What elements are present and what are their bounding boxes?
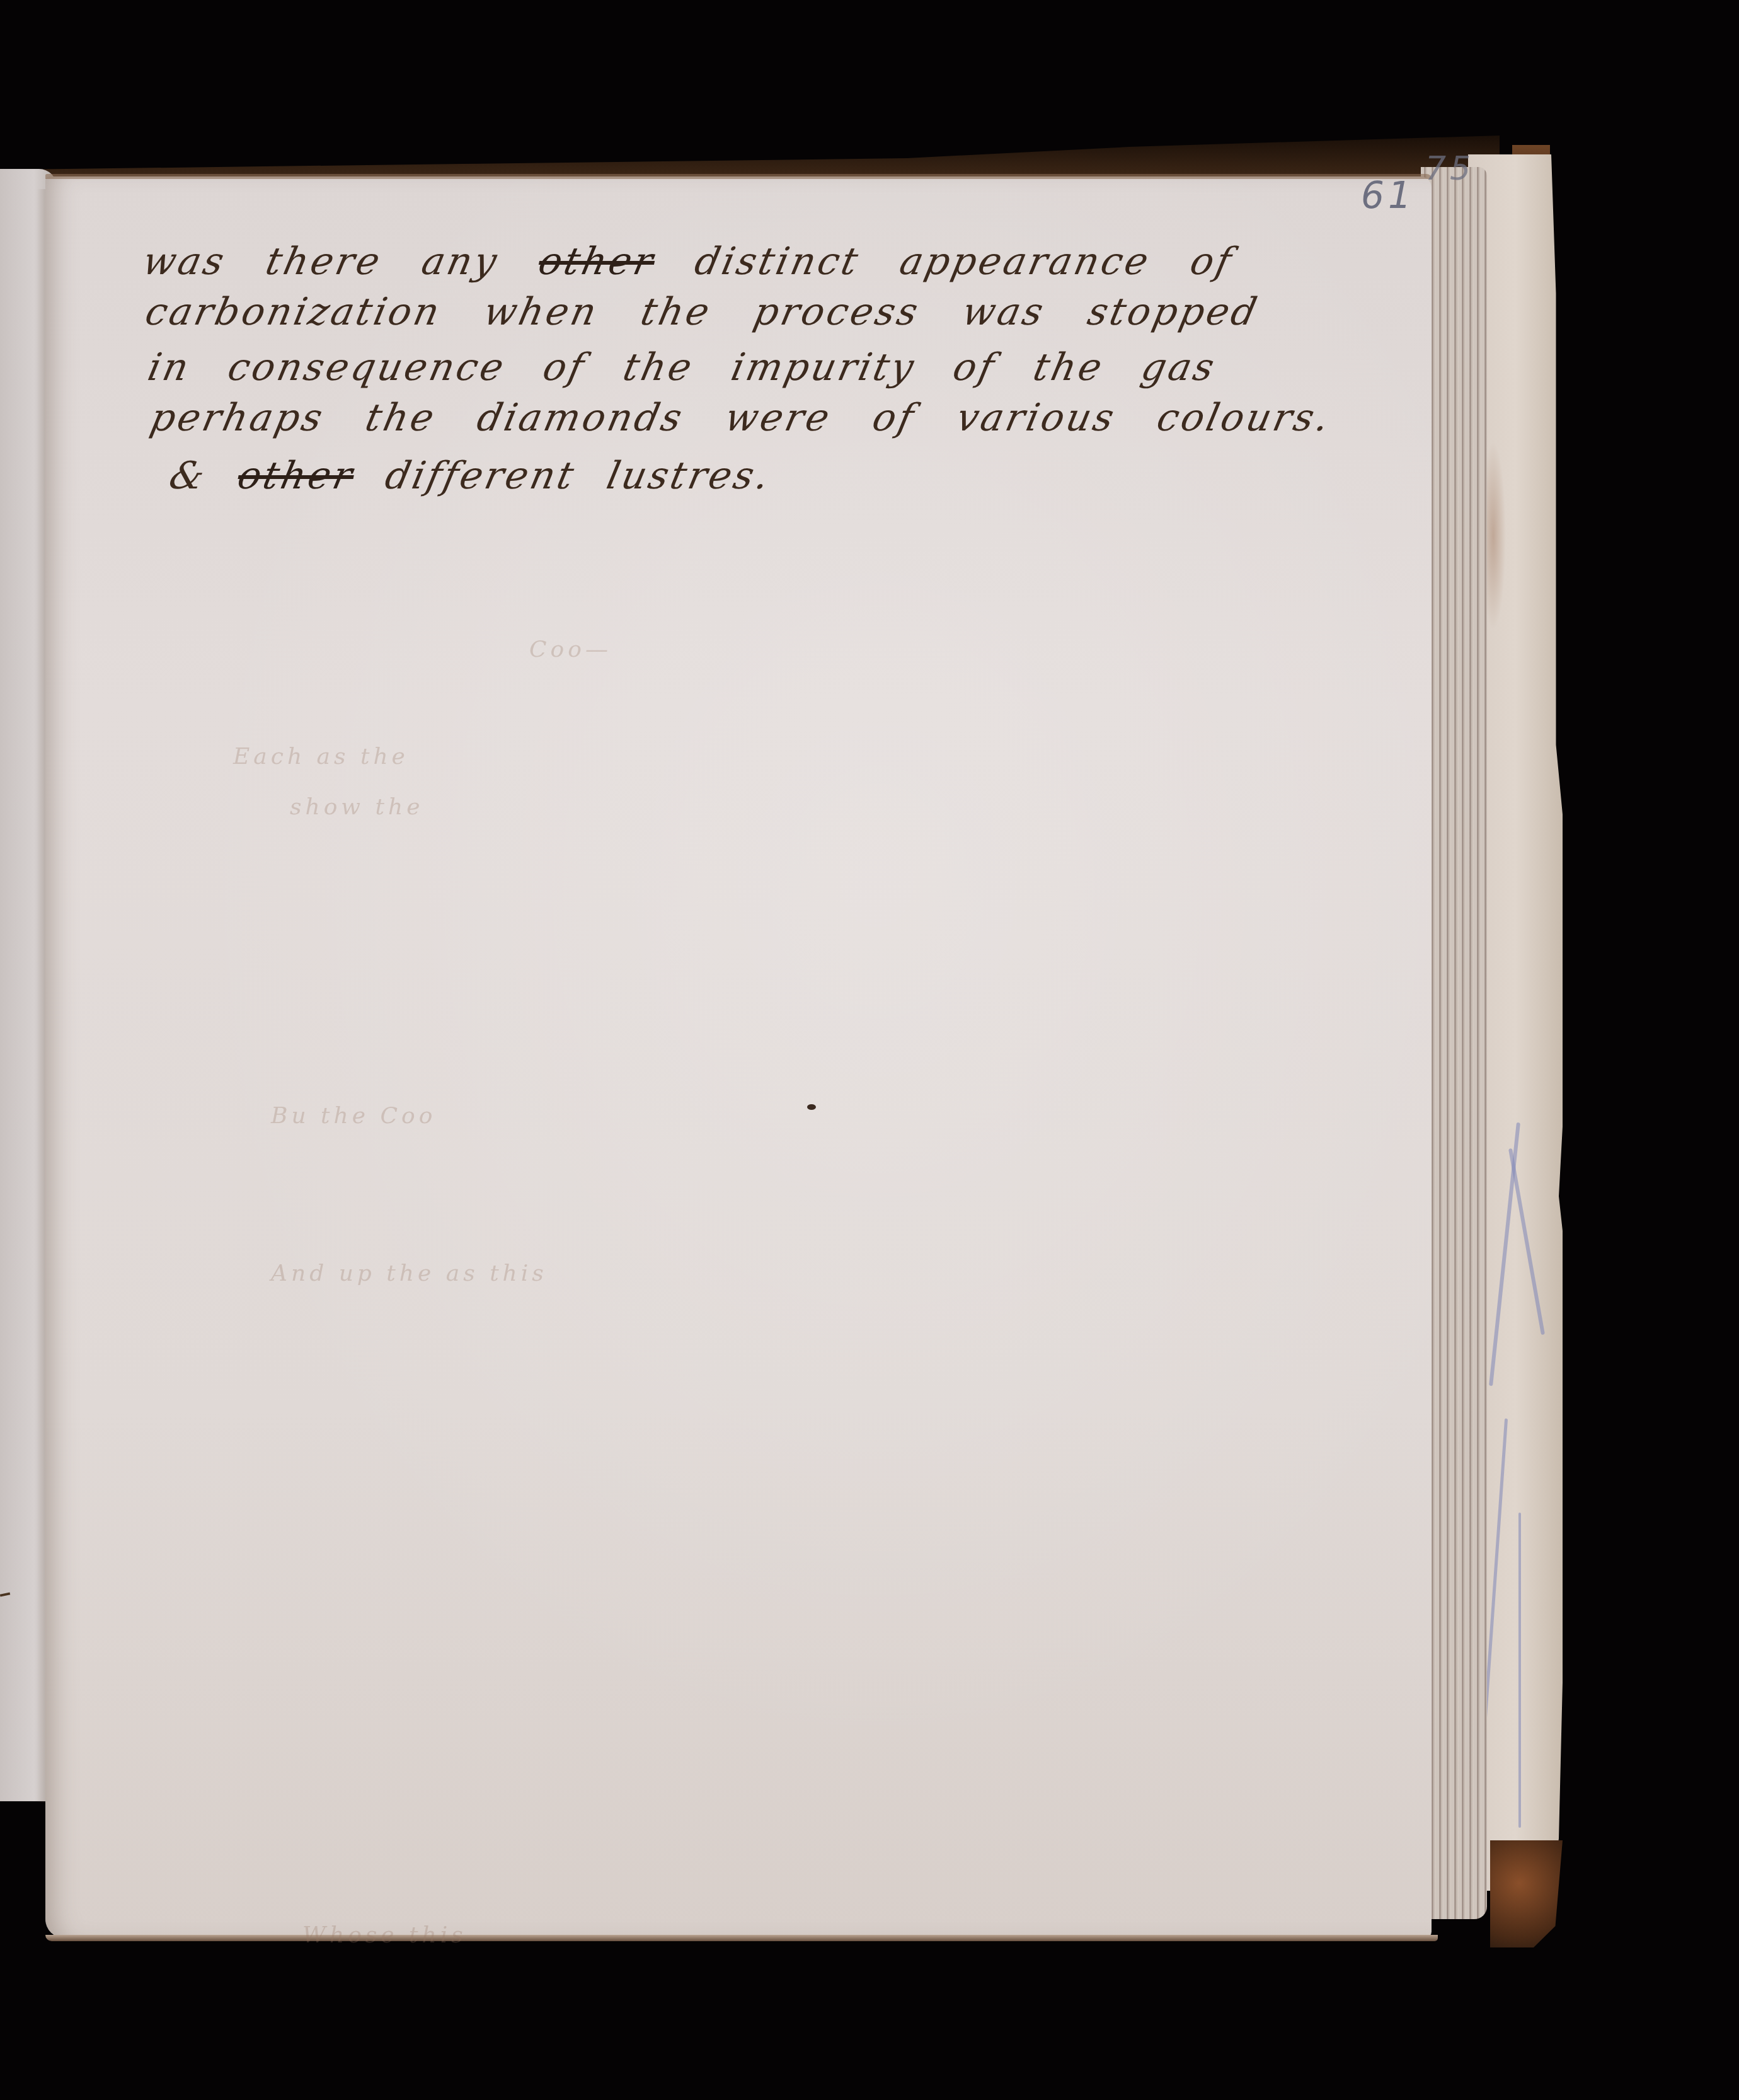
struck-word: other — [234, 454, 359, 498]
line-text: carbonization when the process was stopp… — [142, 290, 1263, 334]
bleed-through-text: Whose this — [302, 1922, 467, 1948]
flyleaf-number: 75 — [1425, 150, 1474, 188]
line-text: in consequence of the impurity of the ga… — [144, 345, 1220, 389]
handwritten-line-5: & other different lustres. — [166, 454, 776, 498]
line-text: different lustres. — [381, 454, 775, 498]
leather-binding-corner — [1490, 1840, 1563, 1947]
manuscript-scan: Coo— Each as the show the Bu the Coo And… — [0, 0, 1739, 2100]
line-text: was there any — [139, 239, 503, 284]
ink-spot — [807, 1104, 816, 1110]
bleed-through-text: show the — [290, 794, 424, 820]
manuscript-page — [45, 176, 1432, 1938]
struck-word: other — [534, 239, 659, 284]
handwritten-line-4: perhaps the diamonds were of various col… — [147, 396, 1336, 440]
folio-number: 61 — [1361, 174, 1415, 217]
bleed-through-text: Coo— — [529, 637, 612, 662]
bleed-through-text: And up the as this — [271, 1261, 548, 1286]
handwritten-line-3: in consequence of the impurity of the ga… — [144, 345, 1220, 389]
blue-pencil-mark — [1518, 1513, 1521, 1828]
line-text: perhaps the diamonds were of various col… — [147, 396, 1336, 440]
bleed-through-text: Bu the Coo — [271, 1103, 436, 1129]
page-top-edge — [45, 174, 1432, 179]
handwritten-line-2: carbonization when the process was stopp… — [142, 290, 1263, 334]
handwritten-line-1: was there any other distinct appearance … — [139, 239, 1238, 284]
bleed-through-text: Each as the — [233, 744, 409, 770]
page-bottom-edge — [45, 1935, 1438, 1941]
line-text: distinct appearance of — [691, 239, 1237, 284]
